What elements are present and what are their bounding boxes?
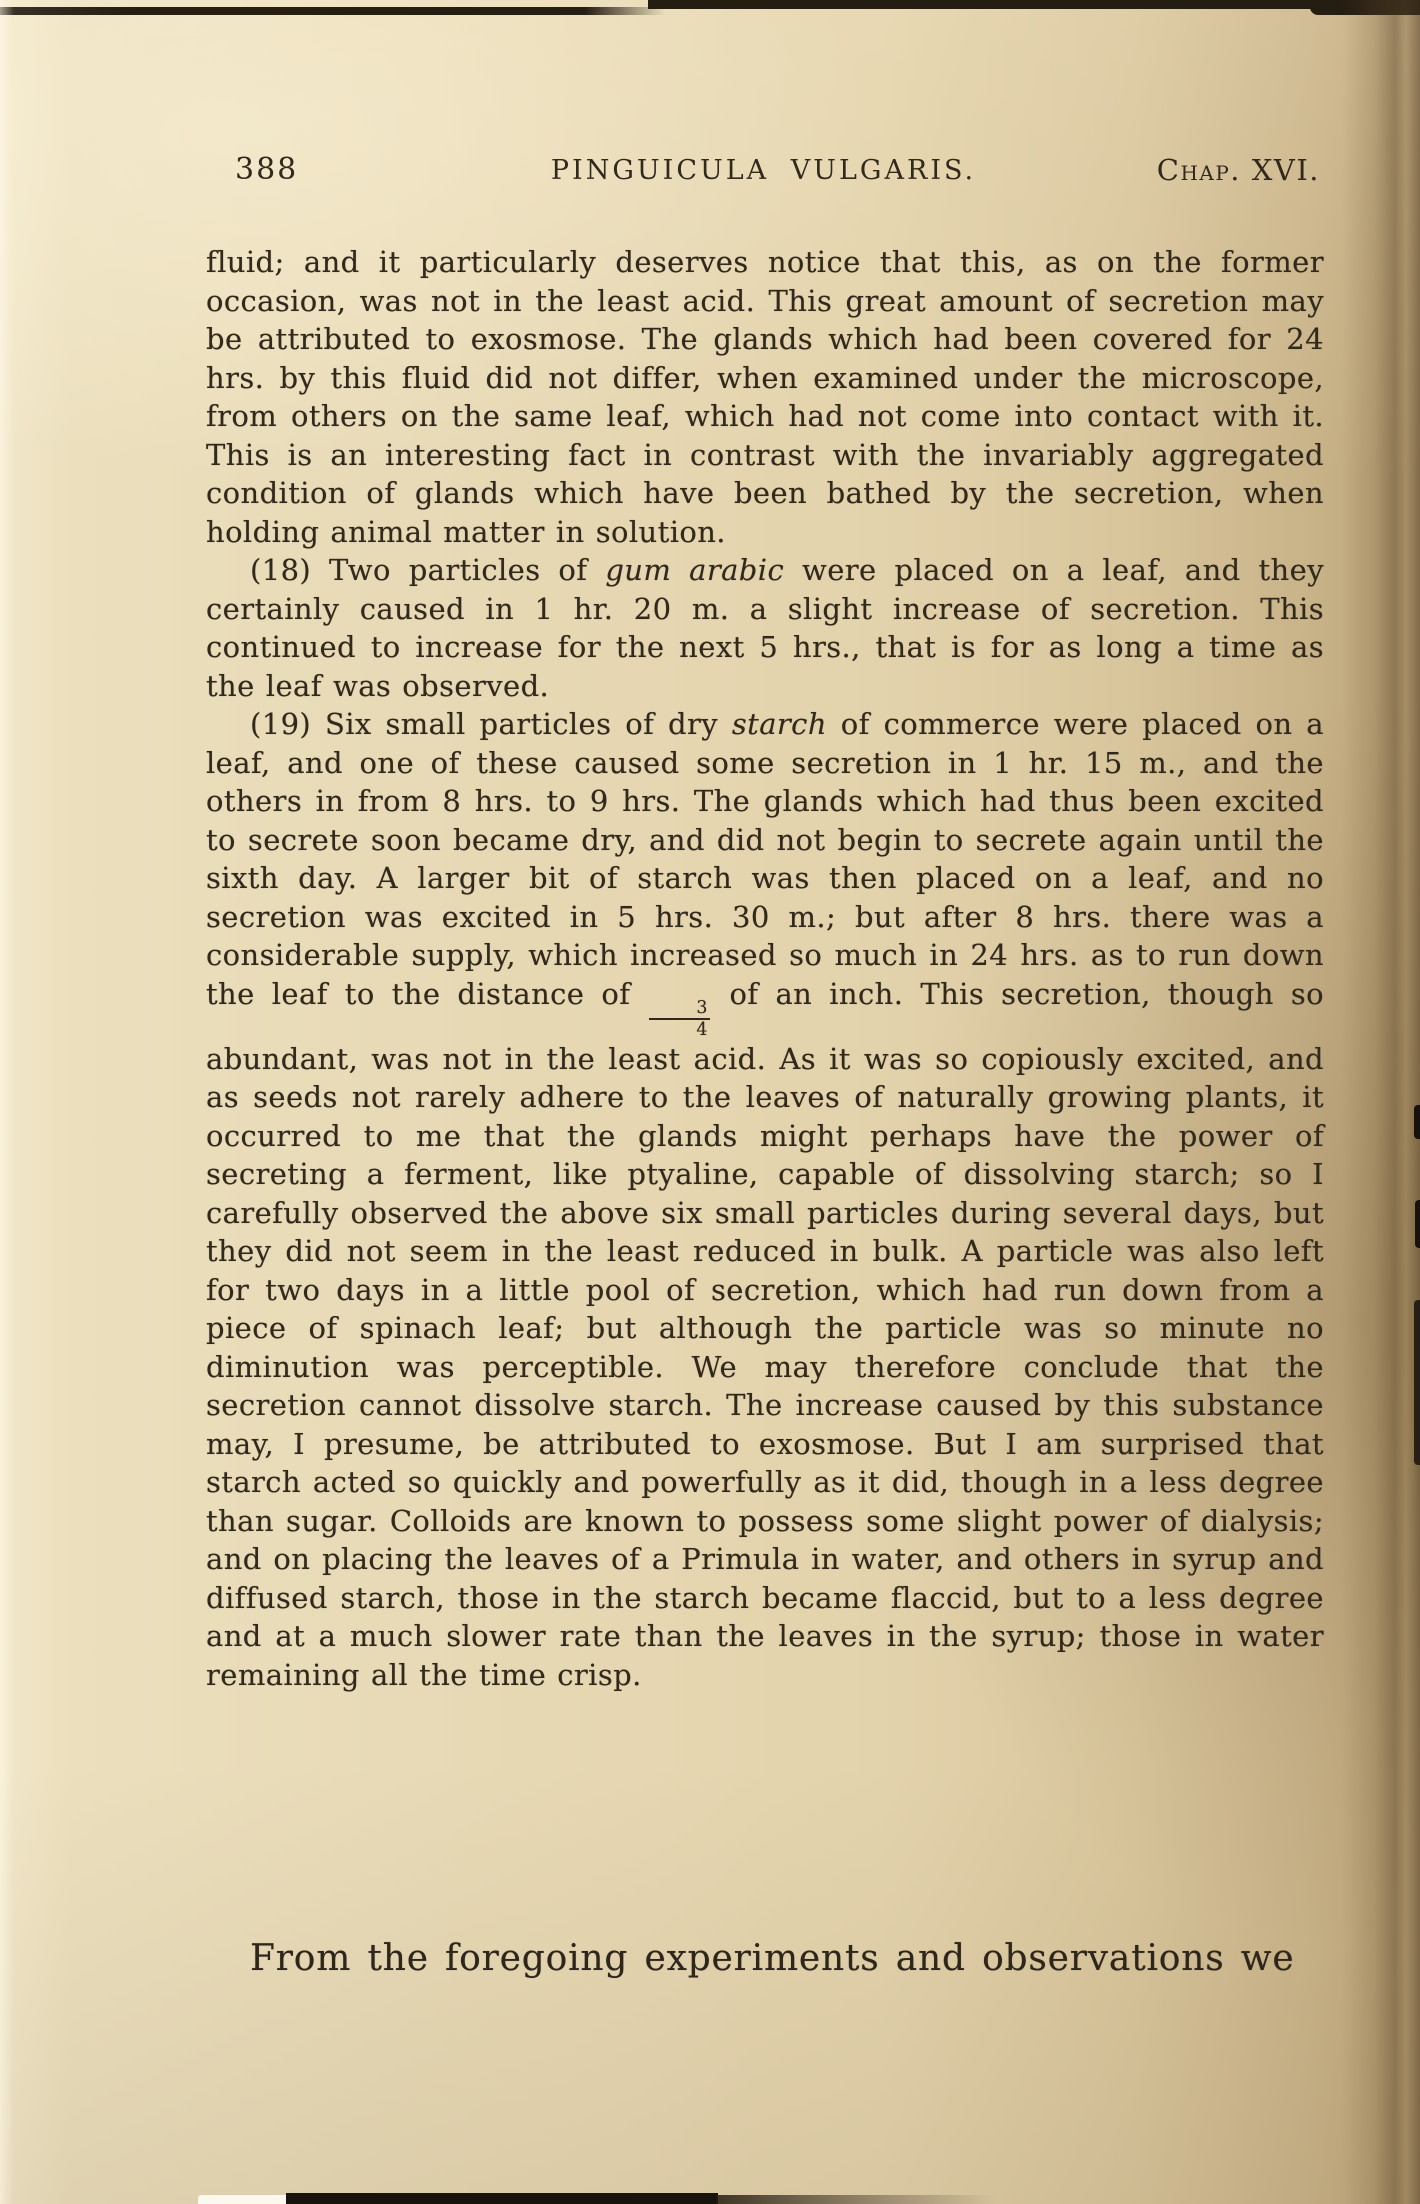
scanned-book-page: 388 PINGUICULA VULGARIS. Chap. XVI. flui…: [0, 0, 1420, 2204]
text-run: (19) Six small particles of dry: [250, 707, 732, 741]
italic-run: starch: [732, 707, 827, 741]
chapter-label: Chap. XVI.: [1157, 153, 1320, 187]
page-header: 388 PINGUICULA VULGARIS. Chap. XVI.: [207, 152, 1320, 196]
fraction-three-quarters: 34: [649, 999, 710, 1040]
italic-run: gum arabic: [605, 553, 784, 587]
text-run: fluid; and it particularly deserves noti…: [206, 245, 1324, 549]
body-text: fluid; and it particularly deserves noti…: [206, 243, 1324, 1694]
fraction-denominator: 4: [652, 1020, 707, 1039]
paragraph-experiment-18: (18) Two particles of gum arabic were pl…: [206, 551, 1324, 705]
text-run: (18) Two particles of: [250, 553, 605, 587]
fraction-numerator: 3: [649, 999, 710, 1020]
paragraph-experiment-19: (19) Six small particles of dry starch o…: [206, 705, 1324, 1694]
paragraph-continuation: fluid; and it particularly deserves noti…: [206, 243, 1324, 551]
page-content: 388 PINGUICULA VULGARIS. Chap. XVI. flui…: [0, 0, 1420, 2204]
text-run: of commerce were placed on a leaf, and o…: [206, 707, 1324, 1011]
text-run: of an inch. This secretion, though so ab…: [206, 977, 1324, 1692]
section-opening-line: From the foregoing experiments and obser…: [206, 1938, 1324, 1979]
running-title: PINGUICULA VULGARIS.: [207, 155, 1320, 186]
